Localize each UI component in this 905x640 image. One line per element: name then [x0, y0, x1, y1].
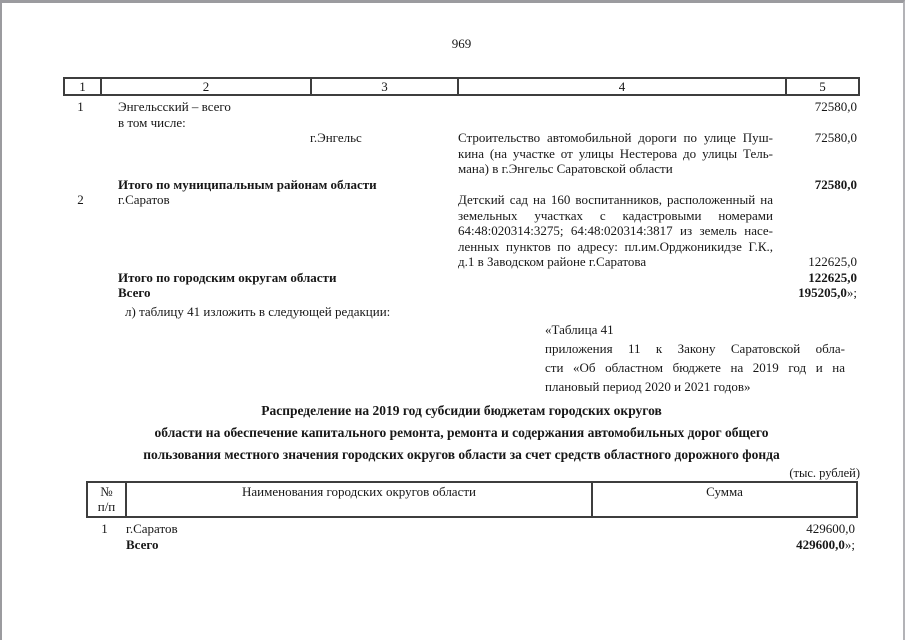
table1-col5-number: 5 [785, 79, 858, 94]
closing-quote-suffix: »; [847, 285, 857, 300]
page-number: 969 [63, 36, 860, 52]
budget-allocation-table: 1 2 3 4 5 1 Энгельсский – всего в том чи… [63, 77, 860, 301]
grand-total-row: Всего 195205,0»; [63, 285, 860, 301]
subtotal-label: Итого по муниципальным районам области [98, 177, 783, 193]
table41-annotation: «Таблица 41 приложения 11 к Закону Сарат… [545, 320, 845, 396]
subtotal-value: 122625,0 [783, 270, 860, 286]
including-label: в том числе: [118, 115, 308, 131]
table2-body: 1 г.Саратов 429600,0 Всего 429600,0»; [86, 518, 858, 552]
table2-sum-header: Сумма [591, 483, 856, 516]
table1-body: 1 Энгельсский – всего в том числе: 72580… [63, 96, 860, 301]
table1-col2-number: 2 [100, 79, 310, 94]
city-name: г.Саратов [123, 521, 589, 537]
total-label: Всего [123, 537, 589, 553]
project-description: Строительство автомобильной дороги по ул… [455, 130, 783, 177]
sum-value: 72580,0 [783, 99, 860, 130]
description-line: Детский сад на 160 воспитанников, распол… [458, 192, 773, 208]
project-description: Детский сад на 160 воспитанников, распол… [455, 192, 783, 270]
sum-value: 429600,0 [589, 521, 858, 537]
description-line: Строительство автомобильной дороги по ул… [458, 130, 773, 146]
table41-title: Распределение на 2019 год субсидии бюдже… [63, 400, 860, 466]
table1-col1-number: 1 [65, 79, 100, 94]
subtotal-value: 72580,0 [783, 177, 860, 193]
description-line: 64:48:020314:3275; 64:48:020314:3817 из … [458, 223, 773, 239]
sum-value: 122625,0 [783, 254, 860, 270]
table-row-engelssky: 1 Энгельсский – всего в том числе: 72580… [63, 99, 860, 130]
total-label: Всего [98, 285, 783, 301]
table-row-engels-project: г.Энгельс Строительство автомобильной до… [63, 130, 860, 177]
annotation-line: сти «Об областном бюджете на 2019 год и … [545, 358, 845, 377]
row-number: 1 [63, 99, 98, 130]
document-page: 969 1 2 3 4 5 1 Энгельсский – всего в то… [0, 0, 905, 640]
subtotal-city-okrugs-row: Итого по городским округам области 12262… [63, 270, 860, 286]
table1-col4-number: 4 [457, 79, 785, 94]
district-name-cell: Энгельсский – всего в том числе: [98, 99, 308, 130]
table2-number-header: № п/п [88, 483, 125, 516]
table2-names-header: Наименования городских округов области [125, 483, 591, 516]
description-line: д.1 в Заводском районе г.Саратова [458, 254, 773, 270]
sum-value: 72580,0 [783, 130, 860, 177]
number-sign: № [88, 484, 125, 499]
row-number: 2 [63, 192, 98, 270]
units-label: (тыс. рублей) [63, 466, 860, 481]
settlement-name: г.Энгельс [308, 130, 455, 177]
annotation-line: «Таблица 41 [545, 320, 845, 339]
total-value-cell: 429600,0»; [589, 537, 858, 553]
district-name: Энгельсский – всего [118, 99, 308, 115]
description-line: кина (на участке от улицы Нестерова до у… [458, 146, 773, 162]
title-line: пользования местного значения городских … [63, 444, 860, 466]
table2-header-row: № п/п Наименования городских округов обл… [86, 481, 858, 518]
annotation-line: плановый период 2020 и 2021 годов» [545, 377, 845, 396]
description-line: ленных пунктов по адресу: пл.им.Орджоник… [458, 239, 773, 255]
table2-row-saratov: 1 г.Саратов 429600,0 [86, 521, 858, 537]
title-line: Распределение на 2019 год субсидии бюдже… [63, 400, 860, 422]
total-value: 429600,0 [796, 537, 845, 552]
total-value-cell: 195205,0»; [783, 285, 860, 301]
amendment-paragraph: л) таблицу 41 изложить в следующей редак… [125, 304, 390, 320]
table1-col3-number: 3 [310, 79, 457, 94]
table1-column-numbers-row: 1 2 3 4 5 [63, 77, 860, 96]
subsidy-distribution-table: № п/п Наименования городских округов обл… [86, 481, 858, 552]
total-value: 195205,0 [798, 285, 847, 300]
table-row-saratov-project: 2 г.Саратов Детский сад на 160 воспитанн… [63, 192, 860, 270]
row-number: 1 [86, 521, 123, 537]
description-line: земельных участках с кадастровыми номера… [458, 208, 773, 224]
subtotal-municipal-districts-row: Итого по муниципальным районам области 7… [63, 177, 860, 193]
table2-total-row: Всего 429600,0»; [86, 537, 858, 553]
closing-quote-suffix: »; [845, 537, 855, 552]
title-line: области на обеспечение капитального ремо… [63, 422, 860, 444]
subtotal-label: Итого по городским округам области [98, 270, 783, 286]
description-line: мана) в г.Энгельс Саратовской области [458, 161, 773, 177]
number-sign-sub: п/п [88, 499, 125, 514]
city-name: г.Саратов [98, 192, 308, 270]
annotation-line: приложения 11 к Закону Саратовской обла- [545, 339, 845, 358]
